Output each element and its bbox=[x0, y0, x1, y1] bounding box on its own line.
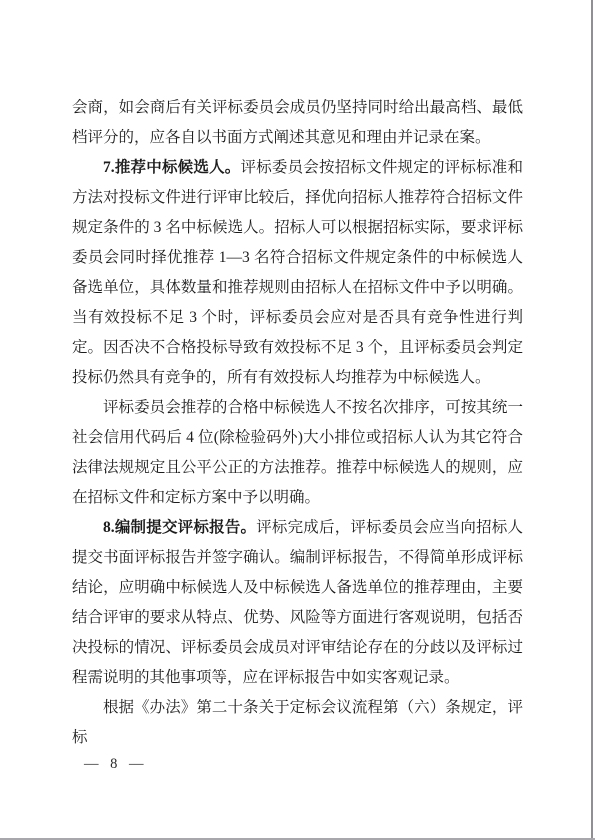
paragraph-text: 评标委员会推荐的合格中标候选人不按名次排序，可按其统一社会信用代码后 4 位(除… bbox=[72, 399, 523, 506]
paragraph: 7.推荐中标候选人。评标委员会按招标文件规定的评标标准和方法对投标文件进行评审比… bbox=[72, 153, 523, 393]
paragraph-lead-bold: 7.推荐中标候选人。 bbox=[103, 159, 240, 176]
paragraph: 会商，如会商后有关评标委员会成员仍坚持同时给出最高档、最低档评分的，应各自以书面… bbox=[72, 93, 523, 153]
document-page: 会商，如会商后有关评标委员会成员仍坚持同时给出最高档、最低档评分的，应各自以书面… bbox=[0, 0, 595, 840]
paragraph: 根据《办法》第二十条关于定标会议流程第（六）条规定，评标 bbox=[72, 693, 523, 753]
scan-edge-right-line bbox=[591, 0, 593, 840]
document-body: 会商，如会商后有关评标委员会成员仍坚持同时给出最高档、最低档评分的，应各自以书面… bbox=[72, 93, 523, 753]
paragraph-text: 评标委员会按招标文件规定的评标标准和方法对投标文件进行评审比较后，择优向招标人推… bbox=[72, 159, 523, 386]
paragraph-text: 根据《办法》第二十条关于定标会议流程第（六）条规定，评标 bbox=[72, 699, 523, 746]
paragraph: 评标委员会推荐的合格中标候选人不按名次排序，可按其统一社会信用代码后 4 位(除… bbox=[72, 393, 523, 513]
paragraph-text: 评标完成后，评标委员会应当向招标人提交书面评标报告并签字确认。编制评标报告，不得… bbox=[72, 519, 523, 686]
paragraph-text: 会商，如会商后有关评标委员会成员仍坚持同时给出最高档、最低档评分的，应各自以书面… bbox=[72, 99, 523, 146]
page-number-footer: — 8 — bbox=[84, 756, 148, 773]
paragraph: 8.编制提交评标报告。评标完成后，评标委员会应当向招标人提交书面评标报告并签字确… bbox=[72, 513, 523, 693]
paragraph-lead-bold: 8.编制提交评标报告。 bbox=[103, 519, 256, 536]
